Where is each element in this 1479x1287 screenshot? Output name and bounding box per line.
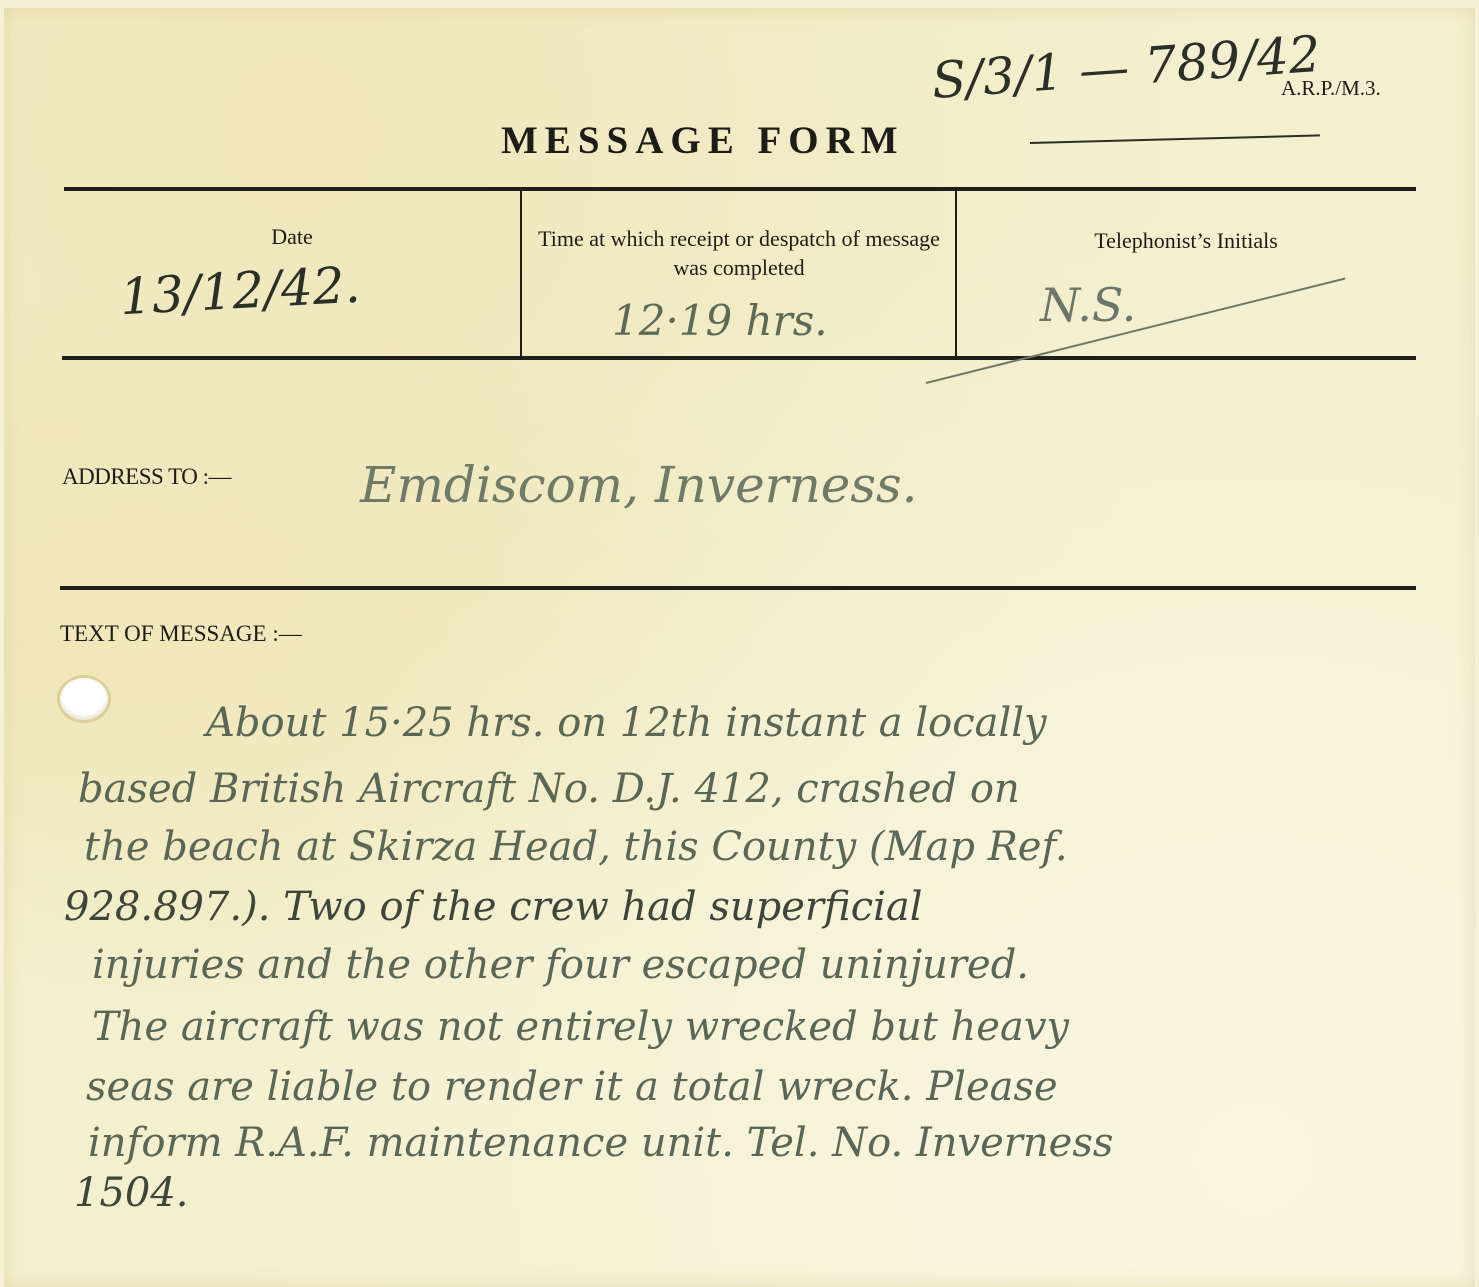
time-value: 12·19 hrs.: [612, 296, 828, 345]
address-bottom-rule: [60, 586, 1416, 590]
message-line: seas are liable to render it a total wre…: [86, 1064, 1058, 1110]
initials-value: N.S.: [1040, 278, 1136, 332]
message-line: About 15·25 hrs. on 12th instant a local…: [206, 700, 1047, 746]
message-line: 928.897.). Two of the crew had superfici…: [64, 884, 923, 930]
table-divider-1: [520, 191, 522, 357]
page-title: MESSAGE FORM: [501, 118, 905, 163]
form-code: A.R.P./M.3.: [1281, 76, 1381, 101]
date-label: Date: [64, 222, 520, 251]
table-bottom-rule: [62, 356, 1416, 360]
message-line: injuries and the other four escaped unin…: [92, 942, 1029, 988]
address-value: Emdiscom, Inverness.: [360, 456, 918, 514]
message-line: inform R.A.F. maintenance unit. Tel. No.…: [88, 1120, 1113, 1166]
initials-label: Telephonist’s Initials: [958, 226, 1414, 255]
message-line: The aircraft was not entirely wrecked bu…: [92, 1004, 1069, 1050]
message-line: 1504.: [74, 1170, 189, 1216]
address-label: ADDRESS TO :—: [62, 464, 231, 490]
time-label: Time at which receipt or despatch of mes…: [523, 224, 955, 282]
message-line: the beach at Skirza Head, this County (M…: [84, 824, 1068, 870]
message-line: based British Aircraft No. D.J. 412, cra…: [78, 766, 1020, 812]
table-top-rule: [64, 187, 1416, 191]
message-label: TEXT OF MESSAGE :—: [60, 621, 302, 647]
punch-hole: [60, 678, 108, 720]
table-divider-2: [955, 191, 957, 357]
